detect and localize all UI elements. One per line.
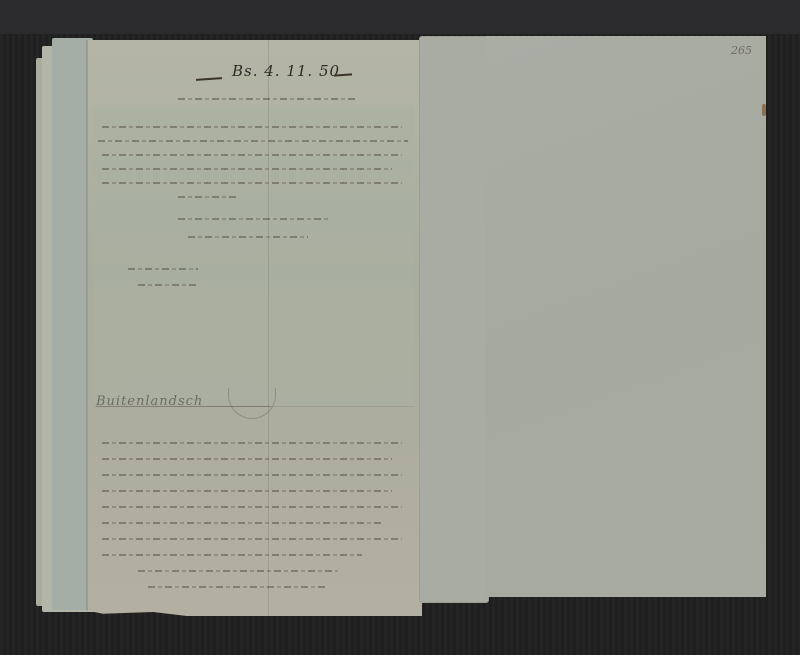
document-header: Bs. 4. 11. 50. (232, 62, 346, 80)
handwriting-line (178, 218, 328, 220)
handwriting-line (102, 126, 402, 128)
handwriting-line (102, 458, 392, 460)
handwriting-line (138, 570, 338, 572)
page-number: 265 (731, 44, 752, 57)
scanner-top-border (0, 0, 800, 34)
paper-stain (762, 104, 766, 116)
handwriting-line (188, 236, 308, 238)
handwriting-line (138, 284, 198, 286)
handwriting-line (98, 140, 408, 142)
handwriting-line (102, 442, 402, 444)
vertical-paper-strip (419, 36, 489, 603)
handwriting-line (102, 490, 392, 492)
handwriting-line (102, 154, 402, 156)
handwriting-line (102, 182, 402, 184)
handwriting-line (178, 98, 358, 100)
handwriting-line (102, 506, 402, 508)
handwriting-line (178, 196, 238, 198)
left-manuscript-leaf: Bs. 4. 11. 50. Buitenlandsch (86, 40, 422, 616)
handwriting-line (102, 522, 382, 524)
header-dash-left (196, 77, 222, 81)
upper-paper-slip (94, 106, 414, 407)
handwriting-line (102, 538, 402, 540)
section-heading-text: Buitenlandsch (96, 394, 203, 409)
right-blank-leaf: 265 (486, 36, 766, 597)
handwriting-line (148, 586, 328, 588)
handwriting-line (102, 474, 402, 476)
handwriting-line (128, 268, 198, 270)
handwriting-line (102, 554, 362, 556)
handwriting-line (102, 168, 392, 170)
